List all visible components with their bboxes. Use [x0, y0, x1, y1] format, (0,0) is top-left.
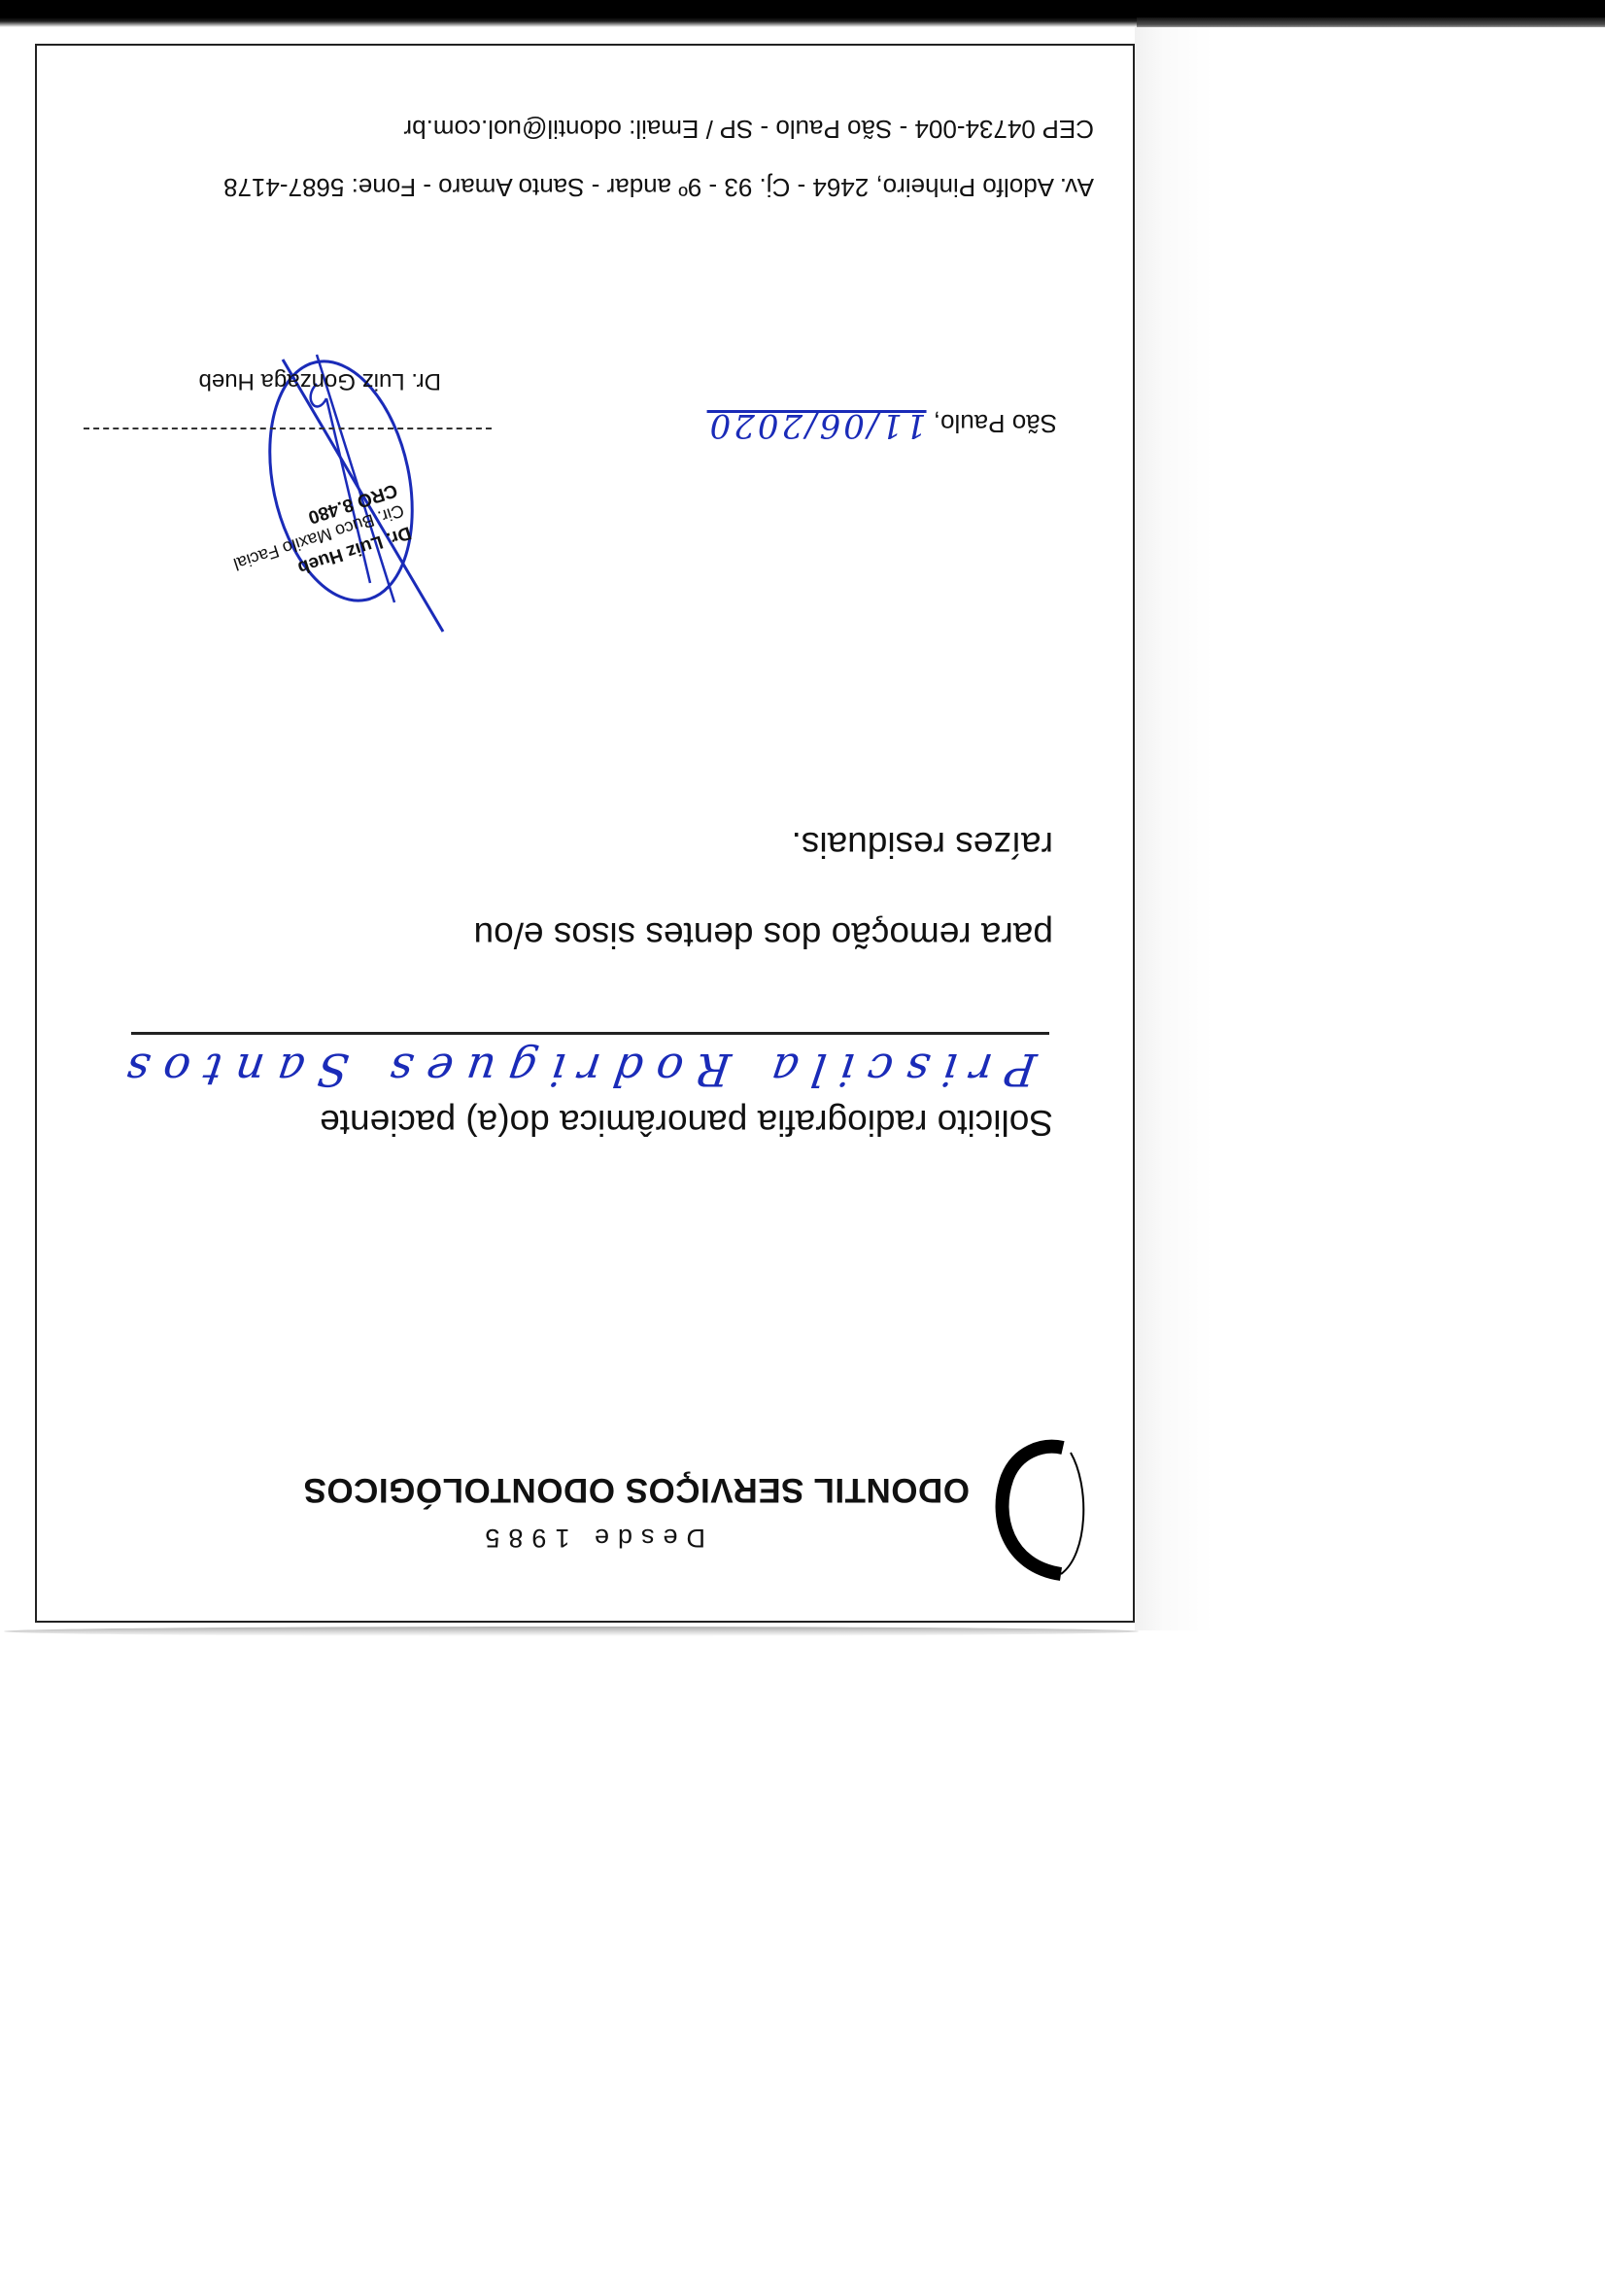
signature-line [84, 428, 492, 429]
referral-form-card: ODONTIL SERVIÇOS ODONTOLÓGICOS Desde 198… [35, 44, 1135, 1623]
address-line-2: CEP 04734-004 - São Paulo - SP / Email: … [404, 114, 1094, 144]
city-date: São Paulo, 11/06/2020 [707, 406, 1057, 445]
city-label: São Paulo, [934, 409, 1057, 438]
paper-edge-shadow [4, 1627, 1139, 1636]
request-text-line-3: raízes residuais. [792, 824, 1053, 865]
patient-name-line [131, 1032, 1049, 1035]
doctor-stamp: Dr. Luiz Hueb Cir. Buco Maxilo Facial CR… [208, 477, 414, 601]
request-text-line-1: Solicito radiografia panorâmica do(a) pa… [320, 1102, 1053, 1143]
company-name: ODONTIL SERVIÇOS ODONTOLÓGICOS [303, 1470, 970, 1509]
request-text-line-2: para remoção dos dentes sisos e/ou [474, 914, 1053, 955]
date-handwritten: 11/06/2020 [707, 406, 927, 445]
paper-fold-shadow [1135, 27, 1605, 1630]
address-line-1: Av. Adolfo Pinheiro, 2464 - Cj. 93 - 9º … [223, 172, 1094, 202]
partial-ring-logo-icon [993, 1438, 1100, 1584]
company-since: Desde 1985 [476, 1523, 705, 1553]
doctor-name: Dr. Luiz Gonzaga Hueb [199, 367, 441, 394]
patient-name-handwritten: Priscila Rodrigues Santos [109, 1044, 1039, 1096]
